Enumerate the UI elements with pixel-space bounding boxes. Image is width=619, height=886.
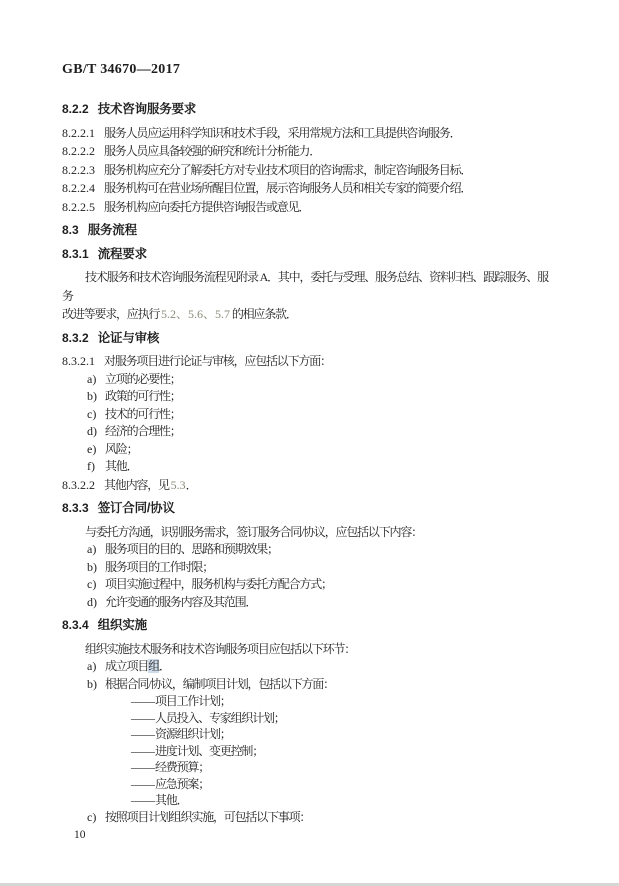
item-letter: c): [87, 576, 105, 594]
item-letter: a): [87, 371, 105, 389]
text-segment: 服务项目的工作时限；: [105, 560, 213, 574]
dash-glyph: ——: [131, 760, 155, 774]
paragraph-line: 组织实施技术服务和技术咨询服务项目应包括以下环节：: [62, 640, 554, 659]
text-segment: ．: [186, 478, 197, 492]
dash-glyph: ——: [131, 694, 155, 708]
heading-number: 8.3: [62, 223, 79, 237]
dash-item: ——其他．: [62, 792, 554, 809]
heading-title: 组织实施: [98, 618, 147, 632]
item-letter: f): [87, 458, 105, 476]
clause-reference: 5.2、5.6、5.7: [161, 307, 230, 321]
text-segment: 风险；: [105, 442, 137, 456]
document-body: 8.2.2技术咨询服务要求8.2.2.1服务人员应运用科学知识和技术手段，采用常…: [62, 100, 554, 843]
clause-line: 8.2.2.5服务机构应向委托方提供咨询报告或意见．: [62, 198, 554, 217]
section-heading: 8.3服务流程: [62, 221, 554, 240]
text-segment: 的相应条款．: [230, 307, 297, 321]
clause-reference: 5.3: [171, 478, 186, 492]
list-item: c)项目实施过程中，服务机构与委托方配合方式；: [62, 576, 554, 594]
clause-number: 8.2.2.4: [62, 181, 95, 195]
page: GB/T 34670—2017 8.2.2技术咨询服务要求8.2.2.1服务人员…: [0, 0, 619, 886]
text-segment: 服务人员应运用科学知识和技术手段，采用常规方法和工具提供咨询服务．: [104, 126, 460, 140]
dash-item: ——经费预算；: [62, 759, 554, 776]
clause-number: 8.3.2.2: [62, 478, 95, 492]
paragraph-line: 与委托方沟通，识别服务需求，签订服务合同/协议，应包括以下内容：: [62, 523, 554, 542]
section-heading: 8.2.2技术咨询服务要求: [62, 100, 554, 119]
item-letter: b): [87, 559, 105, 577]
item-letter: e): [87, 441, 105, 459]
text-segment: 应急预案；: [155, 777, 209, 791]
list-item: d)经济的合理性；: [62, 423, 554, 441]
text-segment: 技术的可行性；: [105, 407, 181, 421]
text-segment: 资源组织计划；: [155, 727, 231, 741]
list-item: b)服务项目的工作时限；: [62, 559, 554, 577]
list-item: f)其他．: [62, 458, 554, 476]
text-segment: 其他内容，见: [104, 478, 171, 492]
section-heading: 8.3.4组织实施: [62, 616, 554, 635]
list-item: b)根据合同/协议，编制项目计划，包括以下方面：: [62, 676, 554, 694]
heading-number: 8.3.1: [62, 247, 89, 261]
heading-number: 8.3.4: [62, 618, 89, 632]
dash-glyph: ——: [131, 777, 155, 791]
dash-item: ——进度计划、变更控制；: [62, 743, 554, 760]
section-heading: 8.3.2论证与审核: [62, 329, 554, 348]
text-segment: 政策的可行性；: [105, 389, 181, 403]
text-segment: 其他．: [155, 793, 187, 807]
clause-line: 8.3.2.1对服务项目进行论证与审核，应包括以下方面：: [62, 352, 554, 371]
text-segment: 进度计划、变更控制；: [155, 744, 263, 758]
clause-line: 8.2.2.2服务人员应具备较强的研究和统计分析能力．: [62, 142, 554, 161]
text-segment: 组织实施技术服务和技术咨询服务项目应包括以下环节：: [85, 642, 355, 656]
section-heading: 8.3.1流程要求: [62, 245, 554, 264]
clause-number: 8.2.2.5: [62, 200, 95, 214]
text-segment: 允许变通的服务内容及其范围．: [105, 595, 256, 609]
clause-line: 8.2.2.1服务人员应运用科学知识和技术手段，采用常规方法和工具提供咨询服务．: [62, 124, 554, 143]
text-segment: 服务机构可在营业场所醒目位置，展示咨询服务人员和相关专家的简要介绍．: [104, 181, 471, 195]
heading-title: 技术咨询服务要求: [98, 102, 196, 116]
item-letter: d): [87, 594, 105, 612]
clause-number: 8.2.2.1: [62, 126, 95, 140]
list-item: a)成立项目组．: [62, 658, 554, 676]
dash-item: ——项目工作计划；: [62, 693, 554, 710]
item-letter: c): [87, 809, 105, 827]
text-segment: 改进等要求，应执行: [62, 307, 161, 321]
item-letter: b): [87, 676, 105, 694]
dash-item: ——应急预案；: [62, 776, 554, 793]
clause-number: 8.2.2.3: [62, 163, 95, 177]
text-segment: 按照项目计划组织实施，可包括以下事项：: [105, 810, 310, 824]
text-segment: 项目工作计划；: [155, 694, 231, 708]
text-segment: 对服务项目进行论证与审核，应包括以下方面：: [104, 354, 331, 368]
text-segment: 服务机构应充分了解委托方对专业技术项目的咨询需求，制定咨询服务目标．: [104, 163, 471, 177]
heading-title: 流程要求: [98, 247, 147, 261]
list-item: d)允许变通的服务内容及其范围．: [62, 594, 554, 612]
heading-title: 服务流程: [88, 223, 137, 237]
list-item: c)按照项目计划组织实施，可包括以下事项：: [62, 809, 554, 827]
clause-number: 8.3.2.1: [62, 354, 95, 368]
item-letter: d): [87, 423, 105, 441]
text-segment: 人员投入、专家组织计划；: [155, 711, 285, 725]
list-item: a)立项的必要性；: [62, 371, 554, 389]
item-letter: c): [87, 406, 105, 424]
dash-glyph: ——: [131, 727, 155, 741]
dash-glyph: ——: [131, 744, 155, 758]
dash-glyph: ——: [131, 711, 155, 725]
text-segment: 经费预算；: [155, 760, 209, 774]
clause-line: 8.3.2.2其他内容，见 5.3．: [62, 476, 554, 495]
list-item: c)技术的可行性；: [62, 406, 554, 424]
list-item: b)政策的可行性；: [62, 388, 554, 406]
heading-title: 论证与审核: [98, 331, 160, 345]
text-segment: 与委托方沟通，识别服务需求，签订服务合同/协议，应包括以下内容：: [85, 525, 422, 539]
dash-item: ——资源组织计划；: [62, 726, 554, 743]
paragraph-line: 改进等要求，应执行 5.2、5.6、5.7 的相应条款．: [62, 305, 554, 324]
text-segment: 立项的必要性；: [105, 372, 181, 386]
running-header: GB/T 34670—2017: [62, 62, 619, 78]
page-number: 10: [74, 828, 554, 843]
text-segment: 服务机构应向委托方提供咨询报告或意见．: [104, 200, 309, 214]
heading-number: 8.2.2: [62, 102, 89, 116]
item-letter: a): [87, 658, 105, 676]
text-segment: 服务人员应具备较强的研究和统计分析能力．: [104, 144, 320, 158]
text-segment: 成立项目: [105, 659, 148, 673]
heading-title: 签订合同/协议: [98, 501, 175, 515]
clause-line: 8.2.2.4服务机构可在营业场所醒目位置，展示咨询服务人员和相关专家的简要介绍…: [62, 179, 554, 198]
list-item: a)服务项目的目的、思路和预期效果；: [62, 541, 554, 559]
item-letter: b): [87, 388, 105, 406]
text-segment: ．: [159, 659, 170, 673]
clause-line: 8.2.2.3服务机构应充分了解委托方对专业技术项目的咨询需求，制定咨询服务目标…: [62, 161, 554, 180]
text-segment: 经济的合理性；: [105, 424, 181, 438]
list-item: e)风险；: [62, 441, 554, 459]
dash-item: ——人员投入、专家组织计划；: [62, 710, 554, 727]
paragraph-line: 技术服务和技术咨询服务流程见附录 A．其中，委托与受理、服务总结、资料归档、跟踪…: [62, 268, 554, 305]
clause-number: 8.2.2.2: [62, 144, 95, 158]
text-segment: 项目实施过程中，服务机构与委托方配合方式；: [105, 577, 332, 591]
heading-number: 8.3.3: [62, 501, 89, 515]
item-letter: a): [87, 541, 105, 559]
text-segment: 根据合同/协议，编制项目计划，包括以下方面：: [105, 677, 334, 691]
dash-glyph: ——: [131, 793, 155, 807]
text-segment: 技术服务和技术咨询服务流程见附录 A．其中，委托与受理、服务总结、资料归档、跟踪…: [62, 270, 548, 303]
text-segment: 其他．: [105, 459, 137, 473]
heading-number: 8.3.2: [62, 331, 89, 345]
highlighted-text: 组: [148, 659, 159, 673]
text-segment: 服务项目的目的、思路和预期效果；: [105, 542, 278, 556]
section-heading: 8.3.3签订合同/协议: [62, 499, 554, 518]
